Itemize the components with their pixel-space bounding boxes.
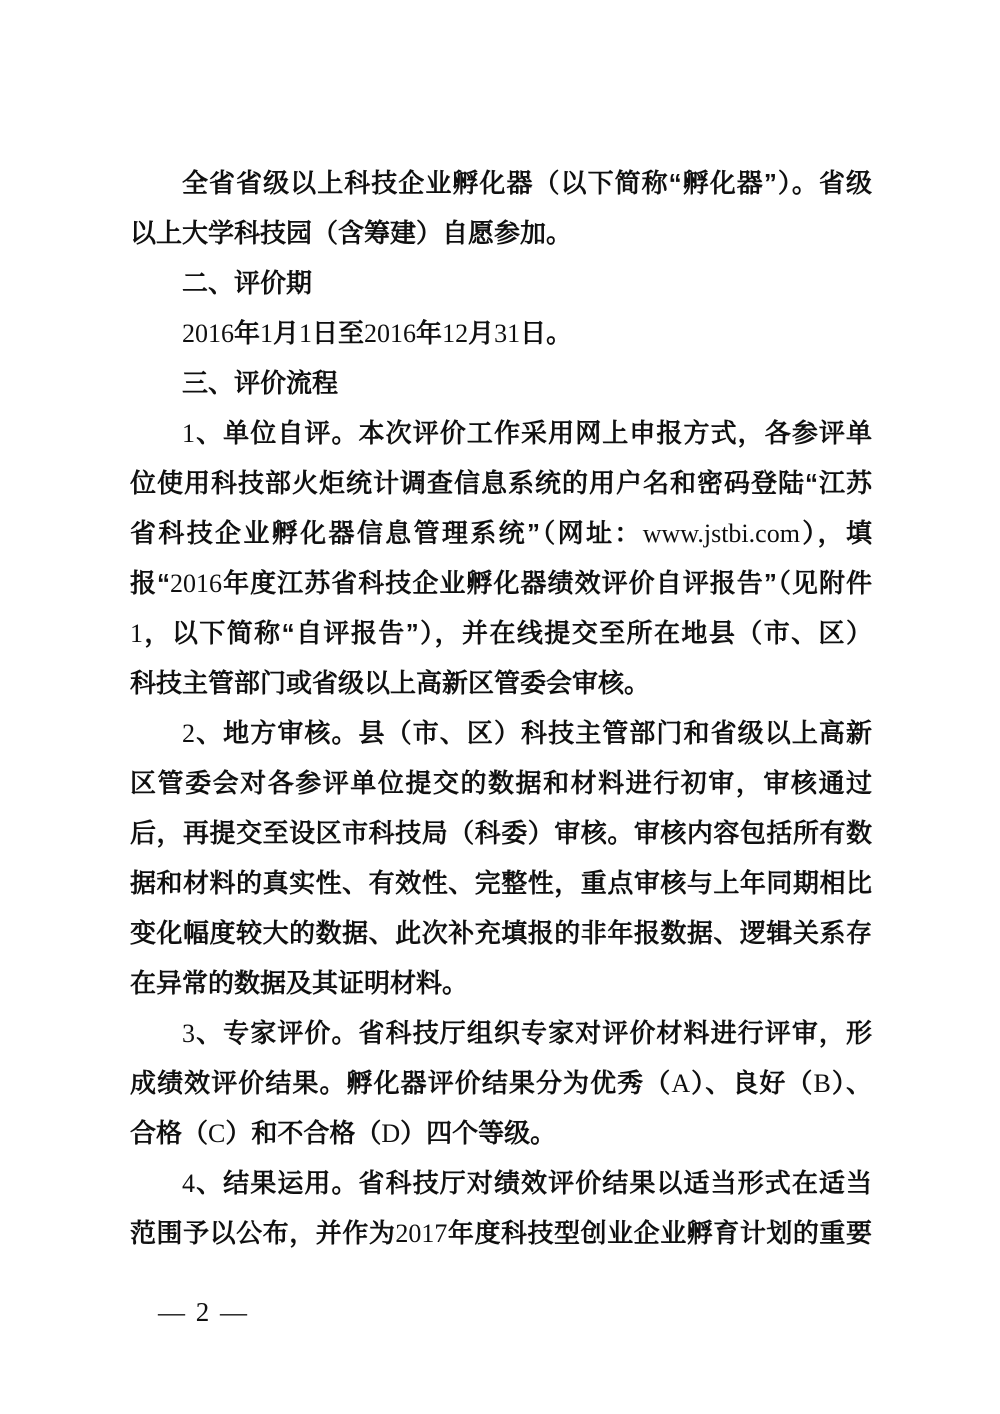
doc-heading-line: 二、评价期 [130,258,872,308]
doc-line: 2、地方审核。县（市、区）科技主管部门和省级以上高新 [130,708,872,758]
doc-line: 以上大学科技园（含筹建）自愿参加。 [130,208,872,258]
doc-line: 2016年1月1日至2016年12月31日。 [130,308,872,358]
doc-line: 在异常的数据及其证明材料。 [130,958,872,1008]
document-text-block: 全省省级以上科技企业孵化器（以下简称“孵化器”）。省级 以上大学科技园（含筹建）… [130,158,872,1258]
doc-line: 省科技企业孵化器信息管理系统”（网址：www.jstbi.com），填 [130,508,872,558]
doc-line: 变化幅度较大的数据、此次补充填报的非年报数据、逻辑关系存 [130,908,872,958]
doc-line: 合格（C）和不合格（D）四个等级。 [130,1108,872,1158]
doc-line: 3、专家评价。省科技厅组织专家对评价材料进行评审，形 [130,1008,872,1058]
doc-line: 位使用科技部火炬统计调查信息系统的用户名和密码登陆“江苏 [130,458,872,508]
doc-line: 范围予以公布，并作为2017年度科技型创业企业孵育计划的重要 [130,1208,872,1258]
doc-line: 1，以下简称“自评报告”），并在线提交至所在地县（市、区） [130,608,872,658]
doc-line: 成绩效评价结果。孵化器评价结果分为优秀（A）、良好（B）、 [130,1058,872,1108]
doc-line: 区管委会对各参评单位提交的数据和材料进行初审，审核通过 [130,758,872,808]
page-number: — 2 — [158,1292,249,1332]
doc-line: 4、结果运用。省科技厅对绩效评价结果以适当形式在适当 [130,1158,872,1208]
doc-line: 全省省级以上科技企业孵化器（以下简称“孵化器”）。省级 [130,158,872,208]
doc-line: 报“2016年度江苏省科技企业孵化器绩效评价自评报告”（见附件 [130,558,872,608]
doc-heading-line: 三、评价流程 [130,358,872,408]
document-page: { "content": { "lines": [ "全省省级以上科技企业孵化器… [0,0,1000,1414]
doc-line: 科技主管部门或省级以上高新区管委会审核。 [130,658,872,708]
doc-line: 据和材料的真实性、有效性、完整性，重点审核与上年同期相比 [130,858,872,908]
doc-line: 后，再提交至设区市科技局（科委）审核。审核内容包括所有数 [130,808,872,858]
doc-line: 1、单位自评。本次评价工作采用网上申报方式，各参评单 [130,408,872,458]
